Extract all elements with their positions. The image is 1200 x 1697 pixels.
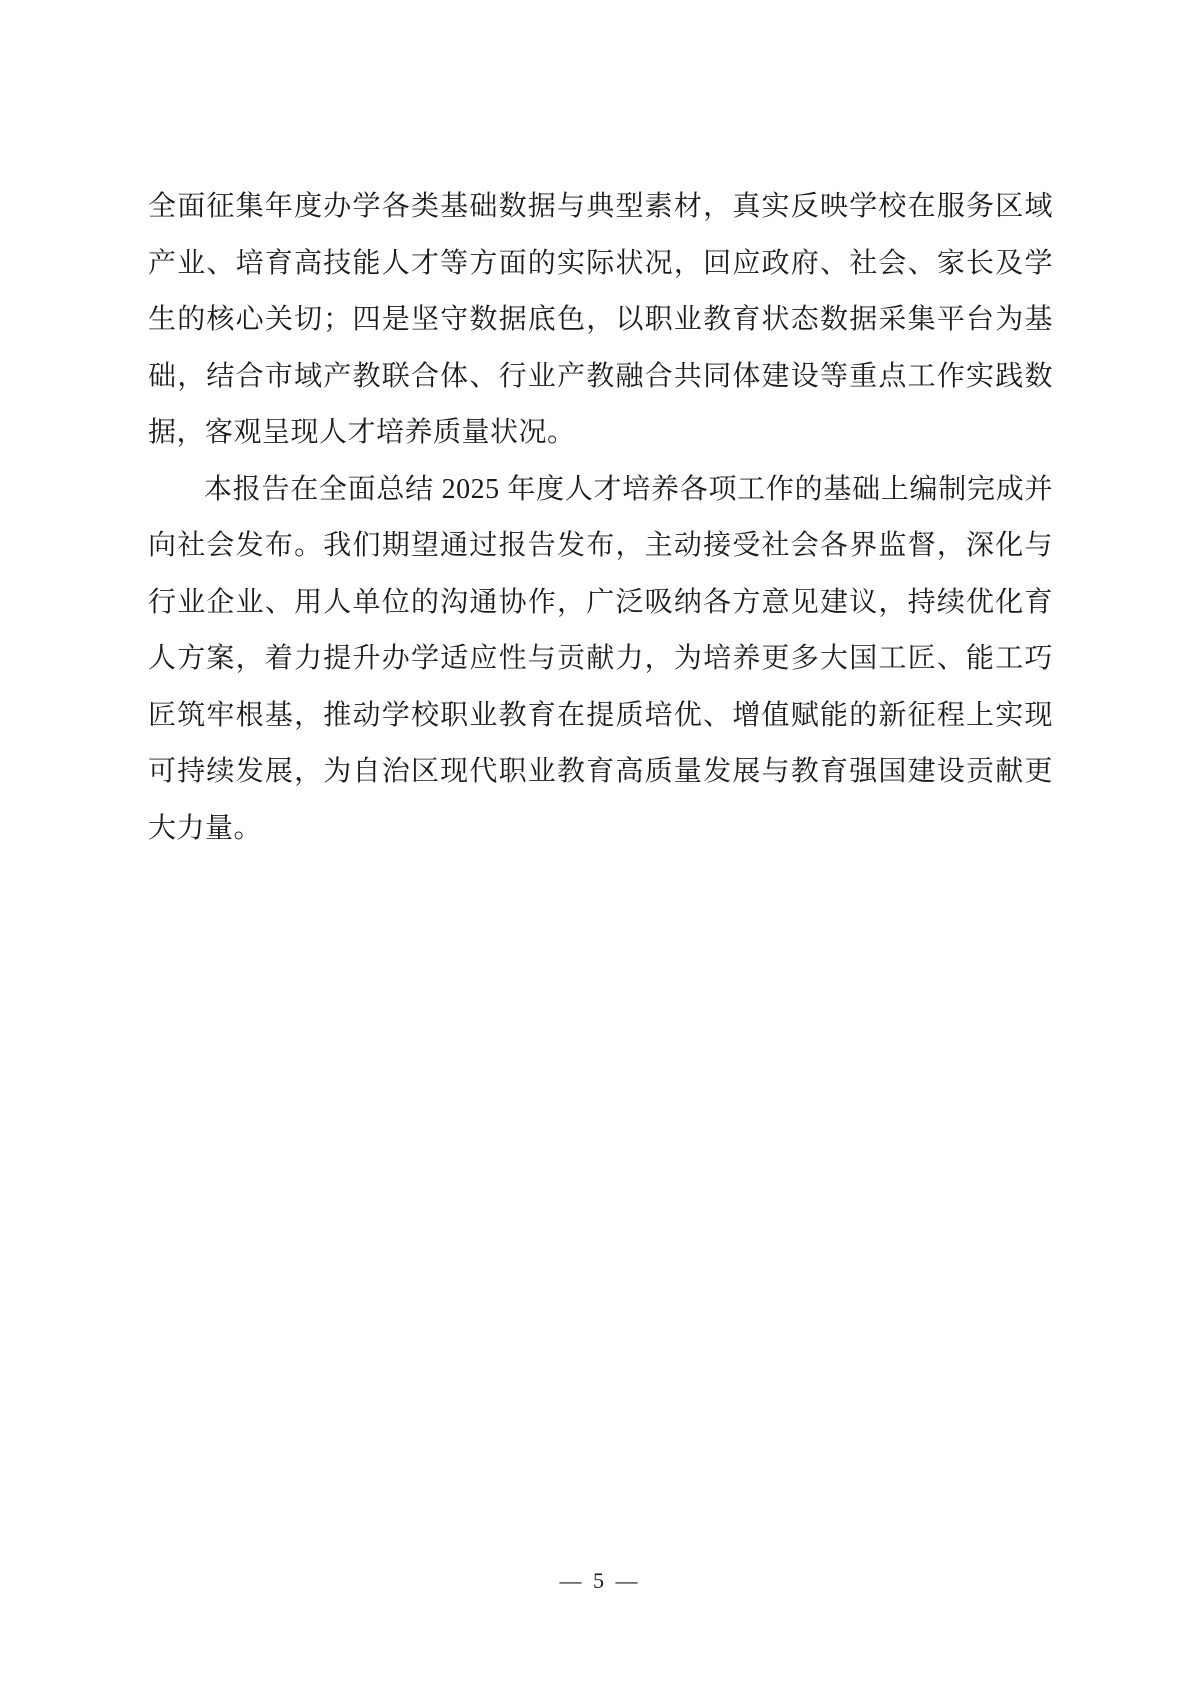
- paragraph-continuation: 全面征集年度办学各类基础数据与典型素材，真实反映学校在服务区域产业、培育高技能人…: [148, 179, 1053, 462]
- paragraph-closing: 本报告在全面总结 2025 年度人才培养各项工作的基础上编制完成并向社会发布。我…: [148, 462, 1053, 858]
- page-number: — 5 —: [560, 1568, 641, 1594]
- document-page: 全面征集年度办学各类基础数据与典型素材，真实反映学校在服务区域产业、培育高技能人…: [0, 0, 1200, 1697]
- page-footer: — 5 —: [0, 1568, 1200, 1594]
- document-body: 全面征集年度办学各类基础数据与典型素材，真实反映学校在服务区域产业、培育高技能人…: [148, 179, 1053, 857]
